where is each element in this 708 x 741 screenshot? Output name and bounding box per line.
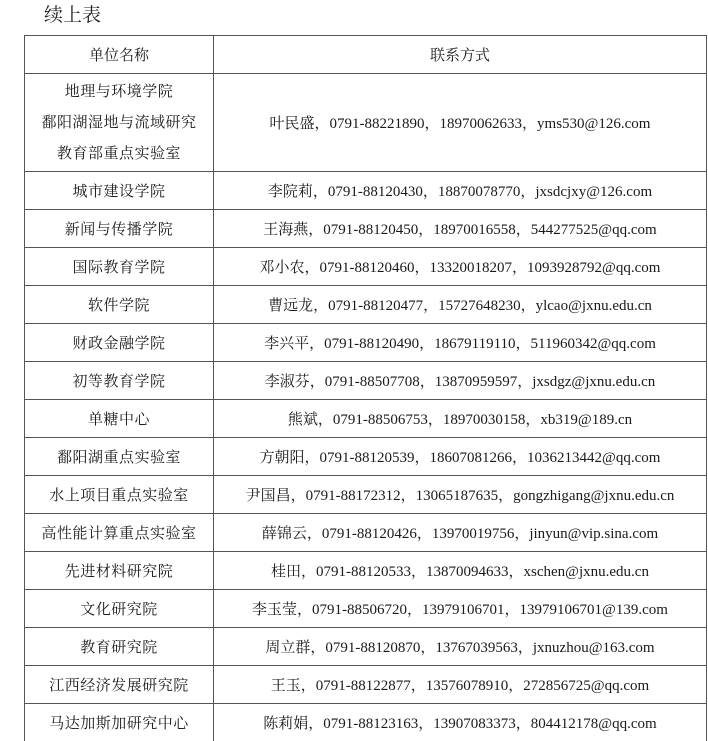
table-row: 国际教育学院 邓小农，0791-88120460，13320018207，109… [25, 248, 707, 286]
unit-name-cell: 先进材料研究院 [25, 552, 214, 590]
unit-name-line: 鄱阳湖湿地与流域研究 [25, 107, 213, 138]
unit-name-line: 教育部重点实验室 [25, 138, 213, 169]
unit-name-cell: 地理与环境学院 鄱阳湖湿地与流域研究 教育部重点实验室 [25, 74, 214, 172]
contact-cell: 邓小农，0791-88120460，13320018207，1093928792… [214, 248, 707, 286]
contact-cell: 李院莉，0791-88120430，18870078770，jxsdcjxy@1… [214, 172, 707, 210]
contact-cell: 周立群，0791-88120870，13767039563，jxnuzhou@1… [214, 628, 707, 666]
unit-name-cell: 高性能计算重点实验室 [25, 514, 214, 552]
contact-cell: 叶民盛，0791-88221890，18970062633，yms530@126… [214, 74, 707, 172]
contact-cell: 李兴平，0791-88120490，18679119110，511960342@… [214, 324, 707, 362]
table-row: 财政金融学院 李兴平，0791-88120490，18679119110，511… [25, 324, 707, 362]
contact-cell: 曹远龙，0791-88120477，15727648230，ylcao@jxnu… [214, 286, 707, 324]
unit-name-cell: 财政金融学院 [25, 324, 214, 362]
unit-name-line: 地理与环境学院 [25, 76, 213, 107]
unit-name-cell: 初等教育学院 [25, 362, 214, 400]
unit-name-cell: 鄱阳湖重点实验室 [25, 438, 214, 476]
table-row: 先进材料研究院 桂田，0791-88120533，13870094633，xsc… [25, 552, 707, 590]
unit-name-cell: 水上项目重点实验室 [25, 476, 214, 514]
table-row: 江西经济发展研究院 王玉，0791-88122877，13576078910，2… [25, 666, 707, 704]
contact-cell: 李玉莹，0791-88506720，13979106701，1397910670… [214, 590, 707, 628]
unit-name-cell: 教育研究院 [25, 628, 214, 666]
header-contact: 联系方式 [214, 36, 707, 74]
table-row: 高性能计算重点实验室 薛锦云，0791-88120426，13970019756… [25, 514, 707, 552]
contact-cell: 尹国昌，0791-88172312，13065187635，gongzhigan… [214, 476, 707, 514]
unit-name-cell: 单糖中心 [25, 400, 214, 438]
contact-cell: 王玉，0791-88122877，13576078910，272856725@q… [214, 666, 707, 704]
table-row: 水上项目重点实验室 尹国昌，0791-88172312，13065187635，… [25, 476, 707, 514]
table-row: 文化研究院 李玉莹，0791-88506720，13979106701，1397… [25, 590, 707, 628]
unit-name-cell: 软件学院 [25, 286, 214, 324]
contacts-table: 单位名称 联系方式 地理与环境学院 鄱阳湖湿地与流域研究 教育部重点实验室 叶民… [24, 35, 707, 741]
table-row: 教育研究院 周立群，0791-88120870，13767039563，jxnu… [25, 628, 707, 666]
table-row: 单糖中心 熊斌，0791-88506753，18970030158，xb319@… [25, 400, 707, 438]
unit-name-cell: 国际教育学院 [25, 248, 214, 286]
table-header-row: 单位名称 联系方式 [25, 36, 707, 74]
table-row: 城市建设学院 李院莉，0791-88120430，18870078770，jxs… [25, 172, 707, 210]
unit-name-cell: 城市建设学院 [25, 172, 214, 210]
unit-name-cell: 文化研究院 [25, 590, 214, 628]
table-row: 鄱阳湖重点实验室 方朝阳，0791-88120539，18607081266，1… [25, 438, 707, 476]
contact-cell: 李淑芬，0791-88507708，13870959597，jxsdgz@jxn… [214, 362, 707, 400]
contact-cell: 王海燕，0791-88120450，18970016558，544277525@… [214, 210, 707, 248]
unit-name-cell: 江西经济发展研究院 [25, 666, 214, 704]
contact-cell: 方朝阳，0791-88120539，18607081266，1036213442… [214, 438, 707, 476]
table-row: 地理与环境学院 鄱阳湖湿地与流域研究 教育部重点实验室 叶民盛，0791-882… [25, 74, 707, 172]
table-row: 软件学院 曹远龙，0791-88120477，15727648230，ylcao… [25, 286, 707, 324]
table-caption: 续上表 [44, 2, 101, 28]
table-row: 马达加斯加研究中心 陈莉娟，0791-88123163，13907083373，… [25, 704, 707, 741]
unit-name-cell: 马达加斯加研究中心 [25, 704, 214, 741]
contact-cell: 薛锦云，0791-88120426，13970019756，jinyun@vip… [214, 514, 707, 552]
contact-cell: 陈莉娟，0791-88123163，13907083373，804412178@… [214, 704, 707, 741]
table-row: 新闻与传播学院 王海燕，0791-88120450，18970016558，54… [25, 210, 707, 248]
contact-cell: 熊斌，0791-88506753，18970030158，xb319@189.c… [214, 400, 707, 438]
header-unit-name: 单位名称 [25, 36, 214, 74]
contact-cell: 桂田，0791-88120533，13870094633，xschen@jxnu… [214, 552, 707, 590]
unit-name-cell: 新闻与传播学院 [25, 210, 214, 248]
table-row: 初等教育学院 李淑芬，0791-88507708，13870959597，jxs… [25, 362, 707, 400]
